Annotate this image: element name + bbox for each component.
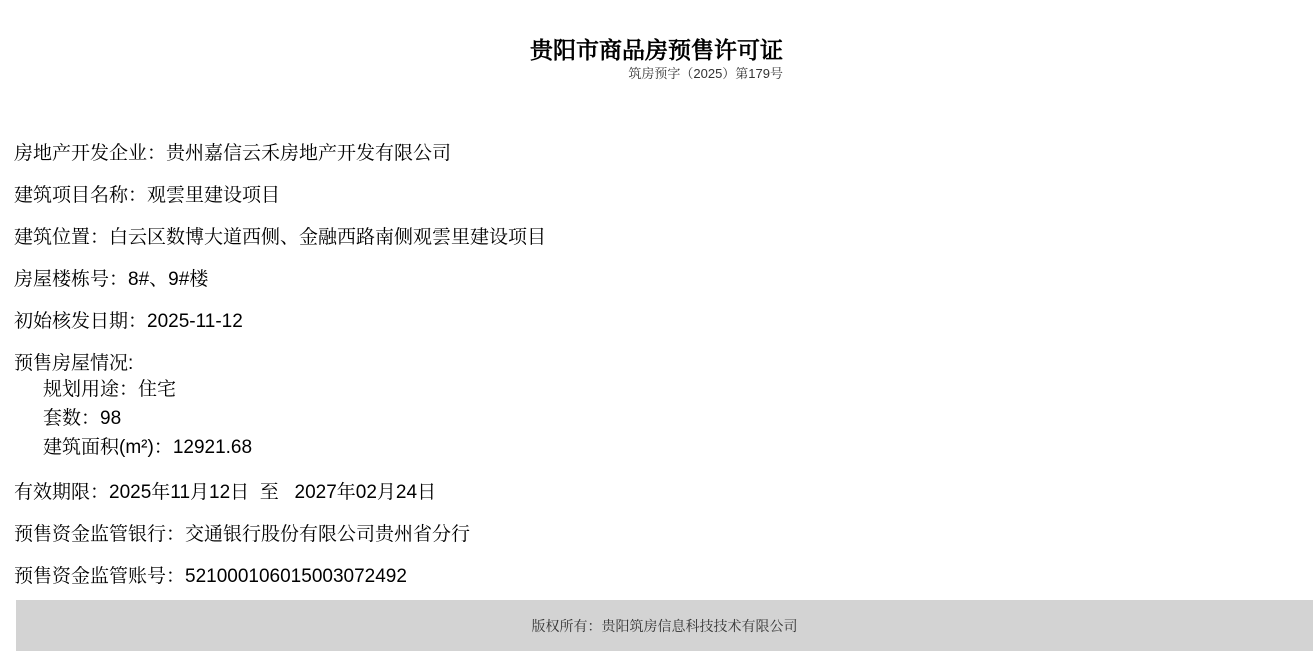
field-value-supervision-account: 521000106015003072492	[185, 566, 407, 587]
copyright-text: 版权所有：贵阳筑房信息科技技术有限公司	[532, 616, 798, 636]
field-value-developer: 贵州嘉信云禾房地产开发有限公司	[166, 143, 451, 164]
presale-value-planned-use: 住宅	[138, 379, 176, 400]
presale-label-floor-area: 建筑面积(m²)：	[43, 437, 173, 458]
field-row-building-numbers: 房屋楼栋号：8#、9#楼	[14, 268, 1299, 291]
field-row-developer: 房地产开发企业：贵州嘉信云禾房地产开发有限公司	[14, 142, 1299, 165]
presale-value-unit-count: 98	[100, 408, 121, 429]
footer-bar: 版权所有：贵阳筑房信息科技技术有限公司	[16, 600, 1313, 651]
field-value-project-name: 观雲里建设项目	[147, 185, 280, 206]
field-value-supervision-bank: 交通银行股份有限公司贵州省分行	[185, 524, 470, 545]
field-label-developer: 房地产开发企业：	[14, 143, 166, 164]
presale-heading: 预售房屋情况:	[14, 352, 1299, 375]
presale-value-floor-area: 12921.68	[173, 437, 252, 458]
permit-number: 筑房预字（2025）第179号	[530, 65, 783, 83]
field-row-supervision-account: 预售资金监管账号：521000106015003072492	[14, 565, 1299, 588]
field-row-validity-period: 有效期限：2025年11月12日 至 2027年02月24日	[14, 481, 1299, 504]
field-row-project-name: 建筑项目名称：观雲里建设项目	[14, 184, 1299, 207]
field-label-supervision-account: 预售资金监管账号：	[14, 566, 185, 587]
certificate-page: 贵阳市商品房预售许可证 筑房预字（2025）第179号 房地产开发企业：贵州嘉信…	[0, 0, 1313, 651]
field-label-location: 建筑位置：	[14, 227, 109, 248]
field-value-validity-period: 2025年11月12日 至 2027年02月24日	[109, 482, 436, 503]
field-value-building-numbers: 8#、9#楼	[128, 269, 208, 290]
field-value-initial-issue-date: 2025-11-12	[147, 311, 243, 332]
certificate-header-inner: 贵阳市商品房预售许可证 筑房预字（2025）第179号	[530, 35, 783, 83]
field-row-initial-issue-date: 初始核发日期：2025-11-12	[14, 310, 1299, 333]
certificate-body: 房地产开发企业：贵州嘉信云禾房地产开发有限公司 建筑项目名称：观雲里建设项目 建…	[0, 83, 1313, 588]
field-row-supervision-bank: 预售资金监管银行：交通银行股份有限公司贵州省分行	[14, 523, 1299, 546]
presale-label-planned-use: 规划用途：	[43, 379, 138, 400]
presale-section: 预售房屋情况: 规划用途：住宅 套数：98 建筑面积(m²)：12921.68	[14, 352, 1299, 462]
certificate-header: 贵阳市商品房预售许可证 筑房预字（2025）第179号	[0, 0, 1313, 83]
field-label-validity-period: 有效期限：	[14, 482, 109, 503]
field-label-initial-issue-date: 初始核发日期：	[14, 311, 147, 332]
field-value-location: 白云区数博大道西侧、金融西路南侧观雲里建设项目	[109, 227, 546, 248]
presale-item-floor-area: 建筑面积(m²)：12921.68	[14, 433, 1299, 462]
presale-label-unit-count: 套数：	[43, 408, 100, 429]
presale-item-planned-use: 规划用途：住宅	[14, 375, 1299, 404]
field-row-location: 建筑位置：白云区数博大道西侧、金融西路南侧观雲里建设项目	[14, 226, 1299, 249]
field-label-building-numbers: 房屋楼栋号：	[14, 269, 128, 290]
presale-item-unit-count: 套数：98	[14, 404, 1299, 433]
page-title: 贵阳市商品房预售许可证	[530, 35, 783, 65]
field-label-supervision-bank: 预售资金监管银行：	[14, 524, 185, 545]
field-label-project-name: 建筑项目名称：	[14, 185, 147, 206]
